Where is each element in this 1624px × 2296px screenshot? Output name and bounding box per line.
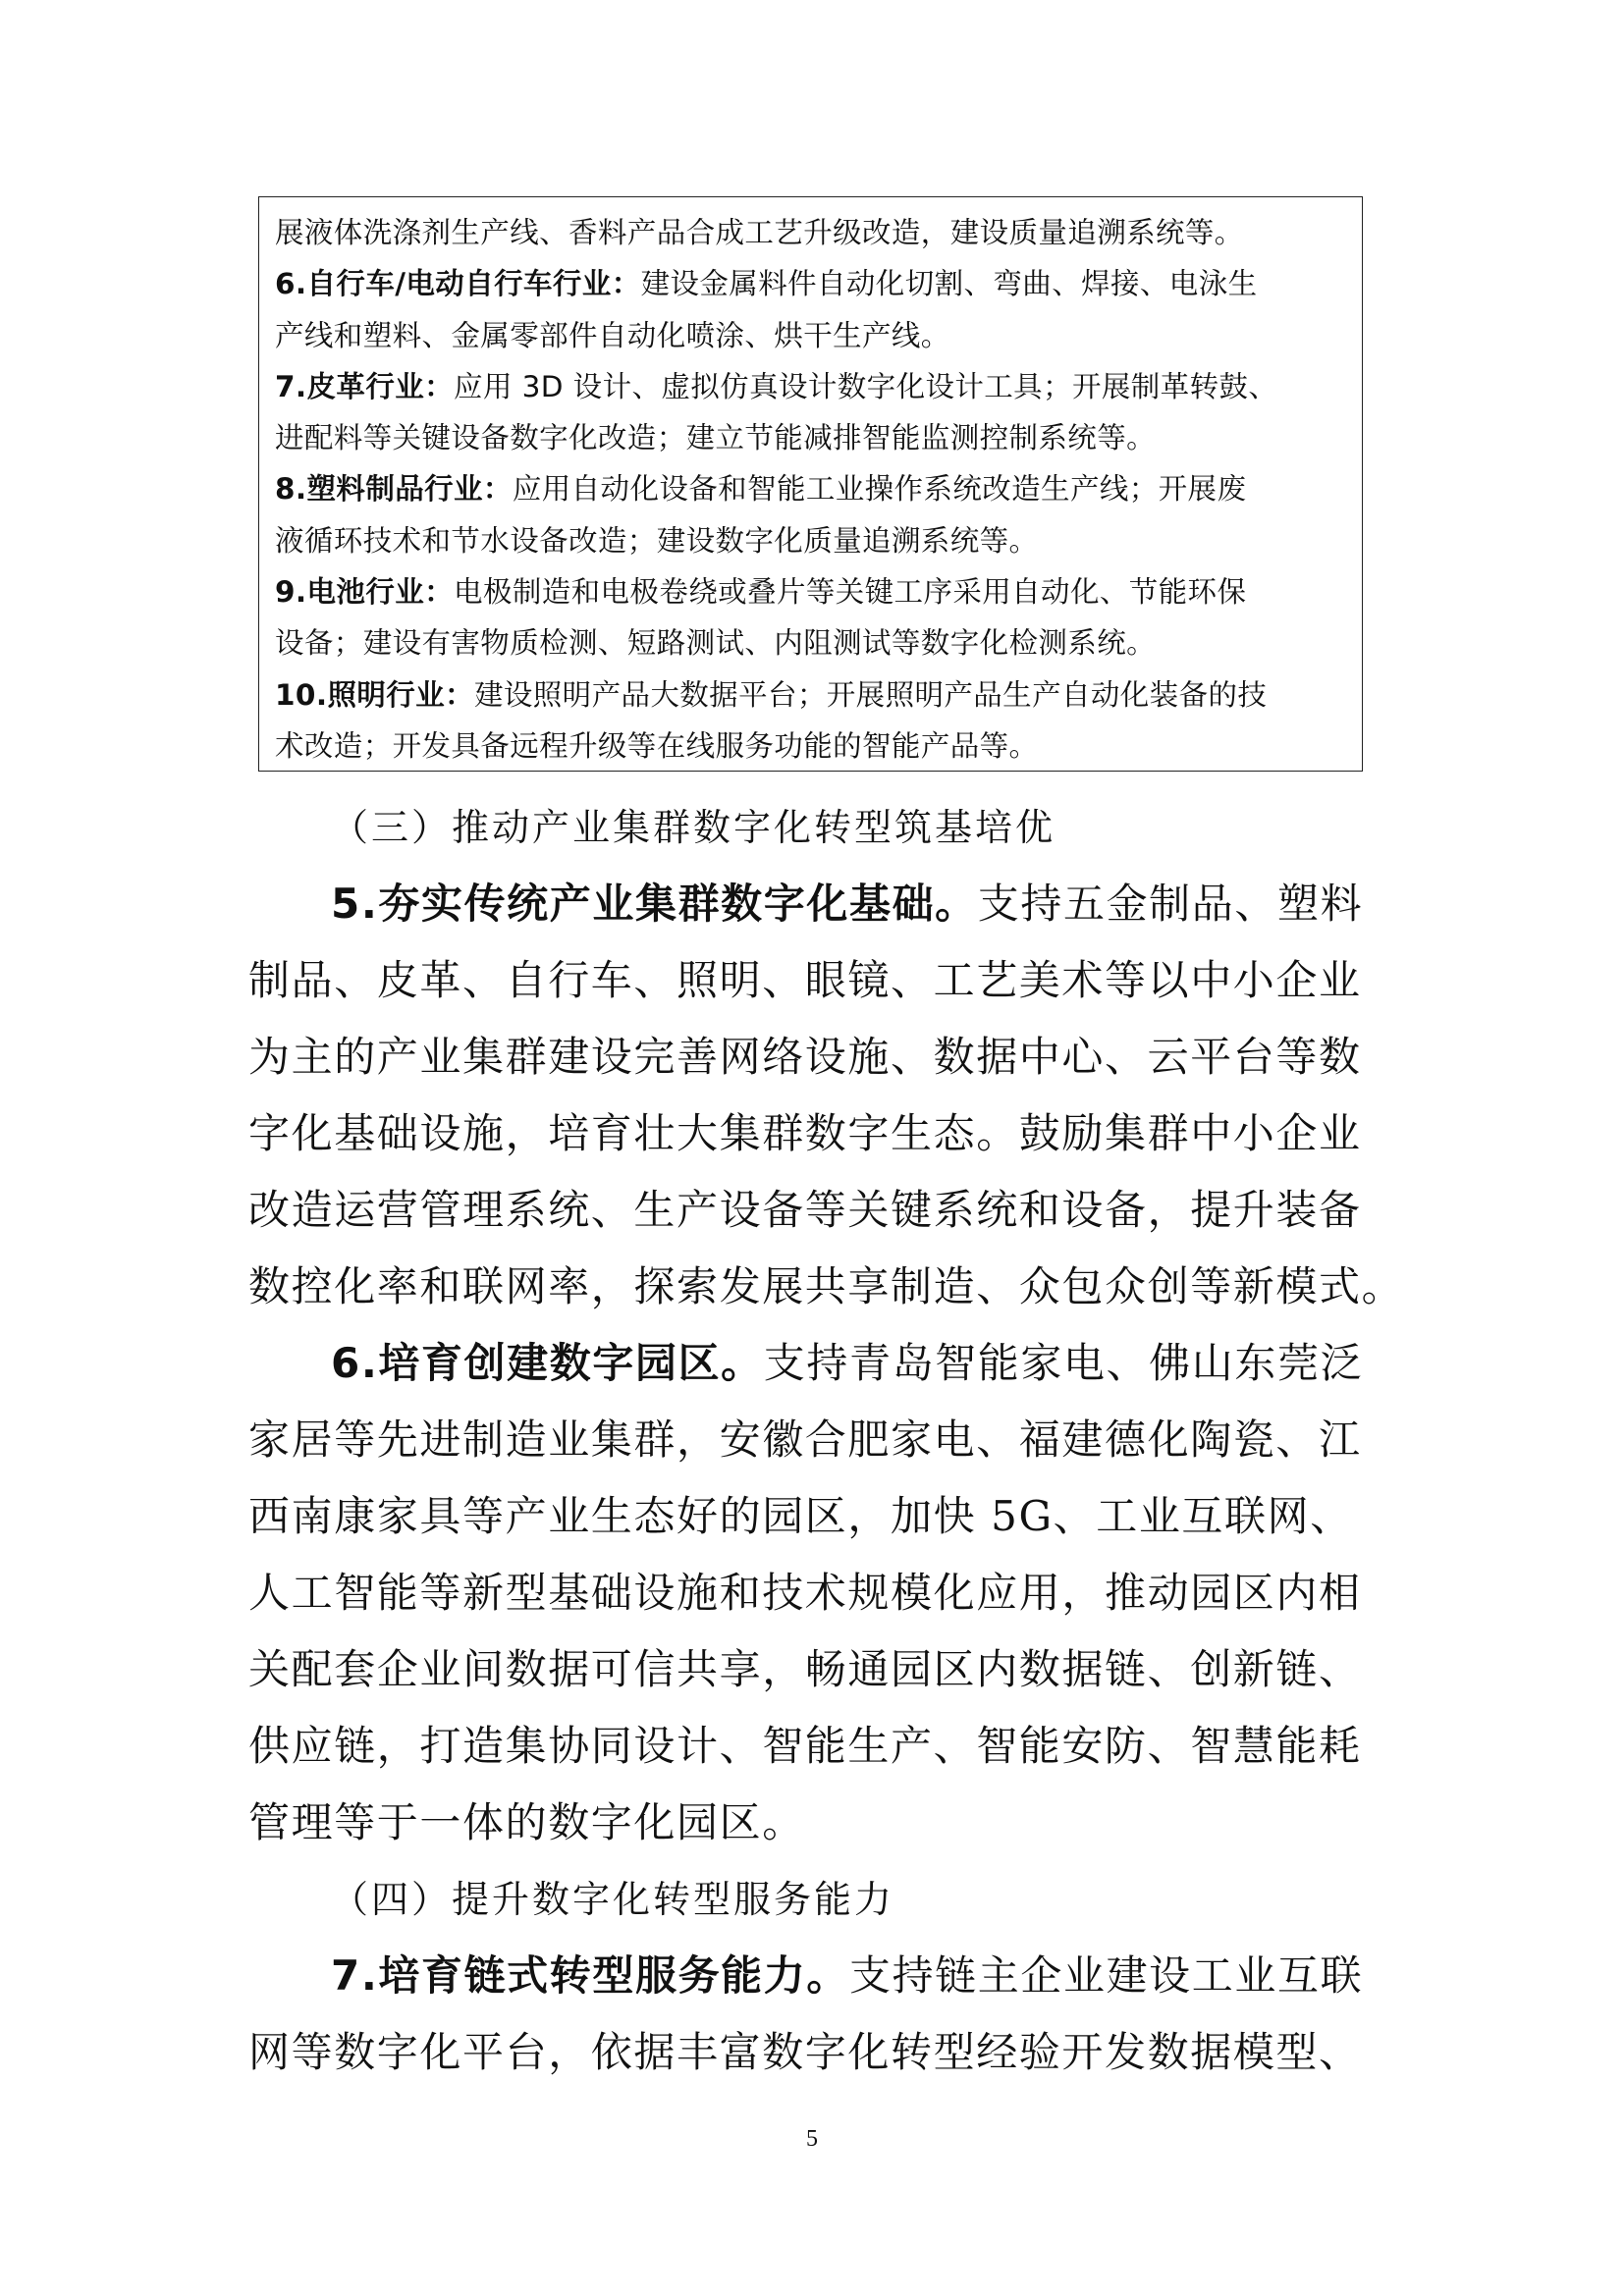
paragraph-5-line: 改造运营管理系统、生产设备等关键系统和设备，提升装备: [248, 1172, 1389, 1249]
paragraph-7-first-line: 7.培育链式转型服务能力。支持链主企业建设工业互联: [248, 1938, 1389, 2014]
box-line-bicycle: 6.自行车/电动自行车行业：建设金属料件自动化切割、弯曲、焊接、电泳生: [275, 258, 1348, 309]
paragraph-6-line: 管理等于一体的数字化园区。: [248, 1785, 1389, 1861]
paragraph-6-line: 家居等先进制造业集群，安徽合肥家电、福建德化陶瓷、江: [248, 1402, 1389, 1478]
paragraph-6-line: 关配套企业间数据可信共享，畅通园区内数据链、创新链、: [248, 1631, 1389, 1708]
paragraph-6-first-line: 6.培育创建数字园区。支持青岛智能家电、佛山东莞泛: [248, 1325, 1389, 1402]
box-line-battery: 9.电池行业：电极制造和电极卷绕或叠片等关键工序采用自动化、节能环保: [275, 566, 1348, 617]
paragraph-7-line: 网等数字化平台，依据丰富数字化转型经验开发数据模型、: [248, 2014, 1389, 2091]
page-number: 5: [0, 2126, 1624, 2153]
box-line-lighting: 10.照明行业：建设照明产品大数据平台；开展照明产品生产自动化装备的技: [275, 669, 1348, 721]
paragraph-6-line: 人工智能等新型基础设施和技术规模化应用，推动园区内相: [248, 1555, 1389, 1631]
paragraph-5-line: 数控化率和联网率，探索发展共享制造、众包众创等新模式。: [248, 1249, 1389, 1325]
box-line: 展液体洗涤剂生产线、香料产品合成工艺升级改造，建设质量追溯系统等。: [275, 207, 1348, 258]
box-line: 进配料等关键设备数字化改造；建立节能减排智能监测控制系统等。: [275, 412, 1348, 463]
box-line: 产线和塑料、金属零部件自动化喷涂、烘干生产线。: [275, 310, 1348, 361]
box-line-leather: 7.皮革行业：应用 3D 设计、虚拟仿真设计数字化设计工具；开展制革转鼓、: [275, 361, 1348, 412]
paragraph-6-line: 供应链，打造集协同设计、智能生产、智能安防、智慧能耗: [248, 1708, 1389, 1785]
industry-examples-box: 展液体洗涤剂生产线、香料产品合成工艺升级改造，建设质量追溯系统等。 6.自行车/…: [258, 196, 1363, 772]
paragraph-6-title: 6.培育创建数字园区。: [331, 1339, 764, 1387]
box-line: 液循环技术和节水设备改造；建设数字化质量追溯系统等。: [275, 515, 1348, 566]
box-line: 术改造；开发具备远程升级等在线服务功能的智能产品等。: [275, 721, 1348, 772]
paragraph-7-title: 7.培育链式转型服务能力。: [331, 1951, 849, 2000]
section-heading-4: （四）提升数字化转型服务能力: [248, 1861, 1389, 1938]
paragraph-5-line: 字化基础设施，培育壮大集群数字生态。鼓励集群中小企业: [248, 1095, 1389, 1172]
document-body: （三）推动产业集群数字化转型筑基培优 5.夯实传统产业集群数字化基础。支持五金制…: [248, 789, 1389, 2091]
paragraph-6-line: 西南康家具等产业生态好的园区，加快 5G、工业互联网、: [248, 1478, 1389, 1555]
paragraph-5-first-line: 5.夯实传统产业集群数字化基础。支持五金制品、塑料: [248, 866, 1389, 942]
box-line-plastics: 8.塑料制品行业：应用自动化设备和智能工业操作系统改造生产线；开展废: [275, 463, 1348, 514]
box-line: 设备；建设有害物质检测、短路测试、内阻测试等数字化检测系统。: [275, 617, 1348, 668]
paragraph-5-title: 5.夯实传统产业集群数字化基础。: [331, 880, 978, 928]
section-heading-3: （三）推动产业集群数字化转型筑基培优: [248, 789, 1389, 866]
paragraph-5-line: 为主的产业集群建设完善网络设施、数据中心、云平台等数: [248, 1019, 1389, 1095]
paragraph-5-line: 制品、皮革、自行车、照明、眼镜、工艺美术等以中小企业: [248, 942, 1389, 1019]
